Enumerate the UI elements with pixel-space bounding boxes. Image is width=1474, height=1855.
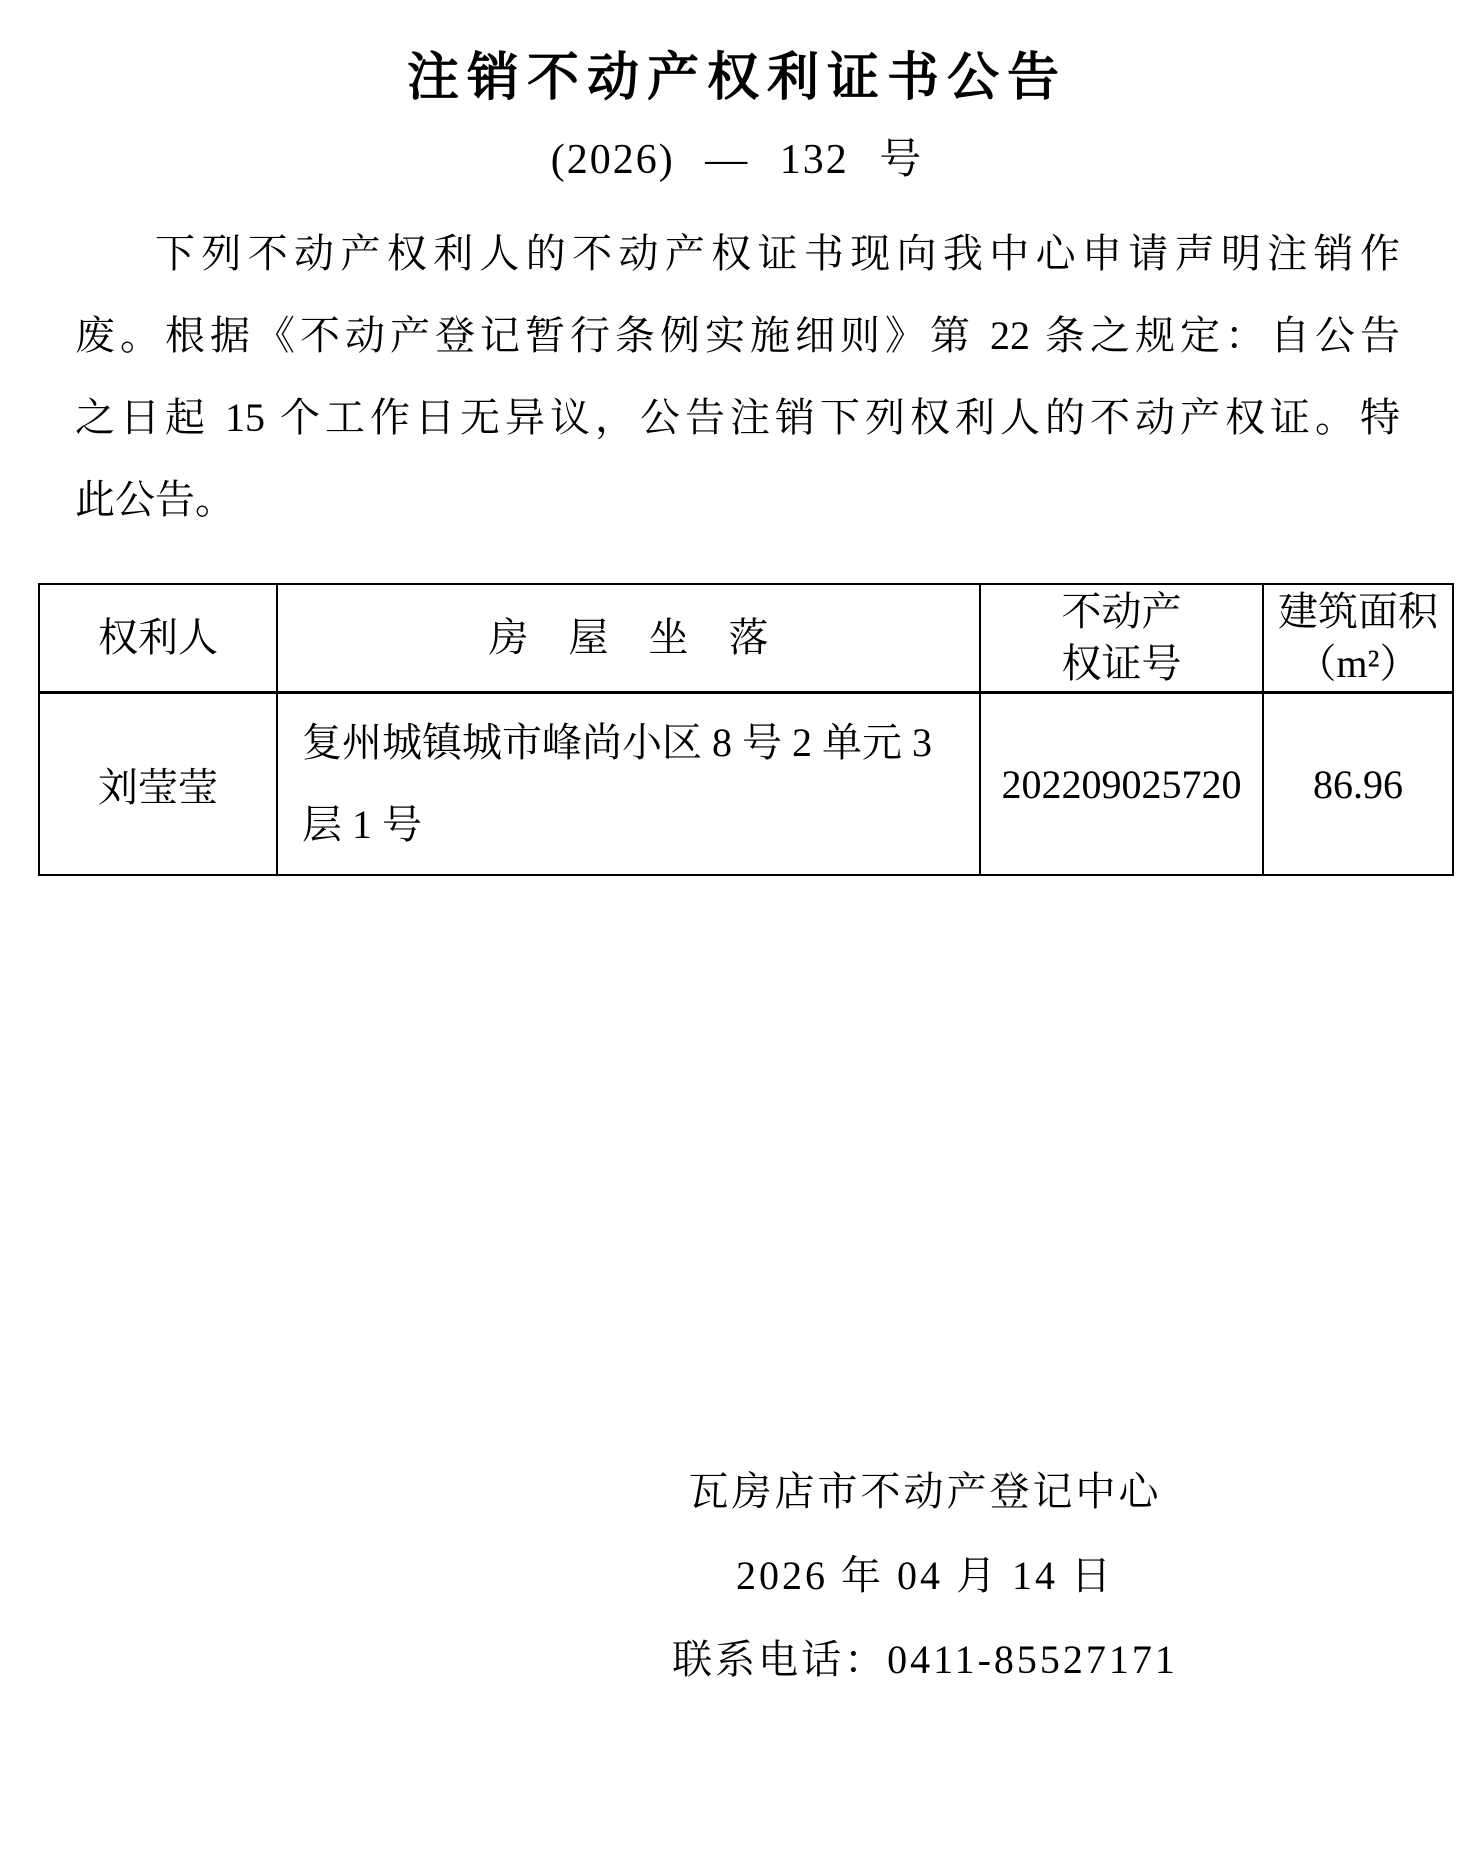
issuer-name: 瓦房店市不动产登记中心 [388,1468,1462,1516]
header-location-label: 房 屋 坐 落 [489,615,769,660]
body-line-2: 废。根据《不动产登记暂行条例实施细则》第 22 条之规定：自公告 [75,295,1400,377]
signature-block: 瓦房店市不动产登记中心 2026 年 04 月 14 日 联系电话：0411-8… [388,1468,1462,1720]
header-area-line2: （m²） [1265,638,1451,690]
page-title: 注销不动产权利证书公告 [0,0,1474,111]
notice-page: 注销不动产权利证书公告 (2026) — 132 号 下列不动产权利人的不动产权… [0,0,1474,1855]
header-owner-label: 权利人 [98,615,218,660]
doc-number: (2026) — 132 号 [0,135,1474,185]
cell-area: 86.96 [1263,693,1453,875]
header-location: 房 屋 坐 落 [277,584,980,693]
header-area: 建筑面积 （m²） [1263,584,1453,693]
body-line-1: 下列不动产权利人的不动产权证书现向我中心申请声明注销作 [75,213,1400,295]
cell-owner: 刘莹莹 [39,693,277,875]
cell-location: 复州城镇城市峰尚小区 8 号 2 单元 3 层 1 号 [277,693,980,875]
header-cert-line1: 不动产 [982,586,1261,638]
cell-cert-number: 202209025720 [980,693,1263,875]
table-row: 刘莹莹 复州城镇城市峰尚小区 8 号 2 单元 3 层 1 号 20220902… [39,693,1453,875]
table-header-row: 权利人 房 屋 坐 落 不动产 权证号 建筑面积 （m²） [39,584,1453,693]
body-line-3: 之日起 15 个工作日无异议，公告注销下列权利人的不动产权证。特 [75,377,1400,459]
header-cert-line2: 权证号 [982,638,1261,690]
header-owner: 权利人 [39,584,277,693]
header-area-line1: 建筑面积 [1265,586,1451,638]
cancellation-table: 权利人 房 屋 坐 落 不动产 权证号 建筑面积 （m²） 刘莹莹 复州城镇城市… [38,583,1454,876]
body-line-4: 此公告。 [75,459,1400,541]
issue-date: 2026 年 04 月 14 日 [388,1552,1462,1600]
header-cert-number: 不动产 权证号 [980,584,1263,693]
notice-body: 下列不动产权利人的不动产权证书现向我中心申请声明注销作 废。根据《不动产登记暂行… [75,213,1400,541]
contact-phone: 联系电话：0411-85527171 [388,1636,1462,1684]
